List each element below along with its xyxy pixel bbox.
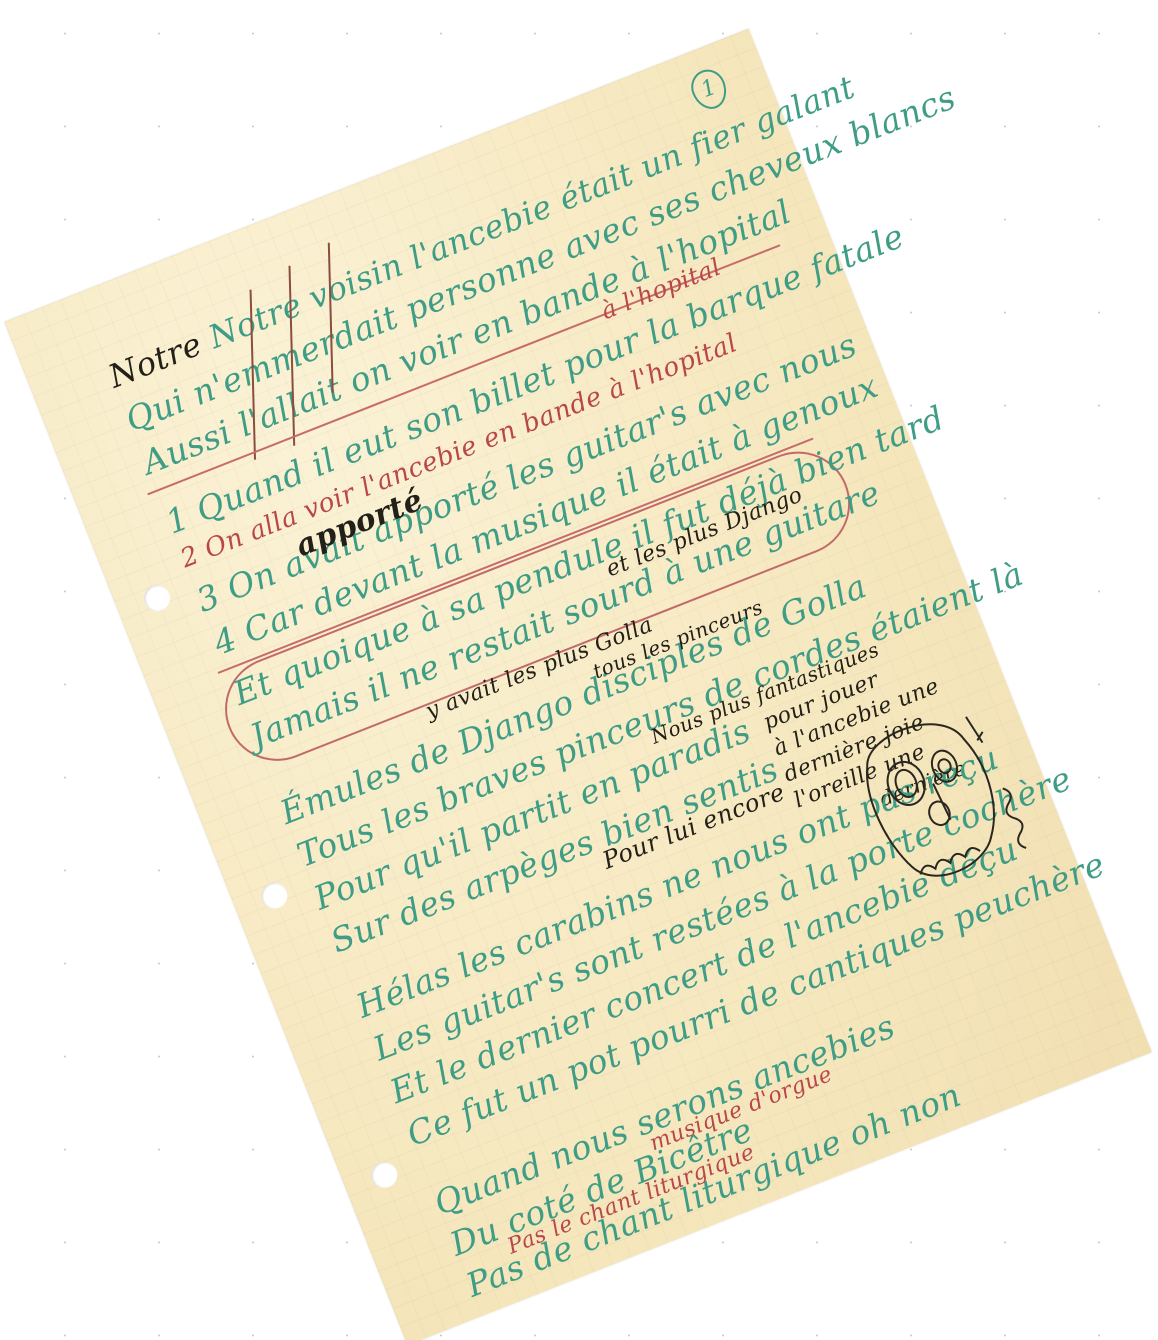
binder-hole [258,879,292,913]
page-number-circle: 1 [686,65,732,115]
binder-hole [367,1158,401,1192]
manuscript-page: 1 Notre Notre voisin l'ancebie était un … [4,29,1151,1340]
binder-hole [140,581,174,615]
